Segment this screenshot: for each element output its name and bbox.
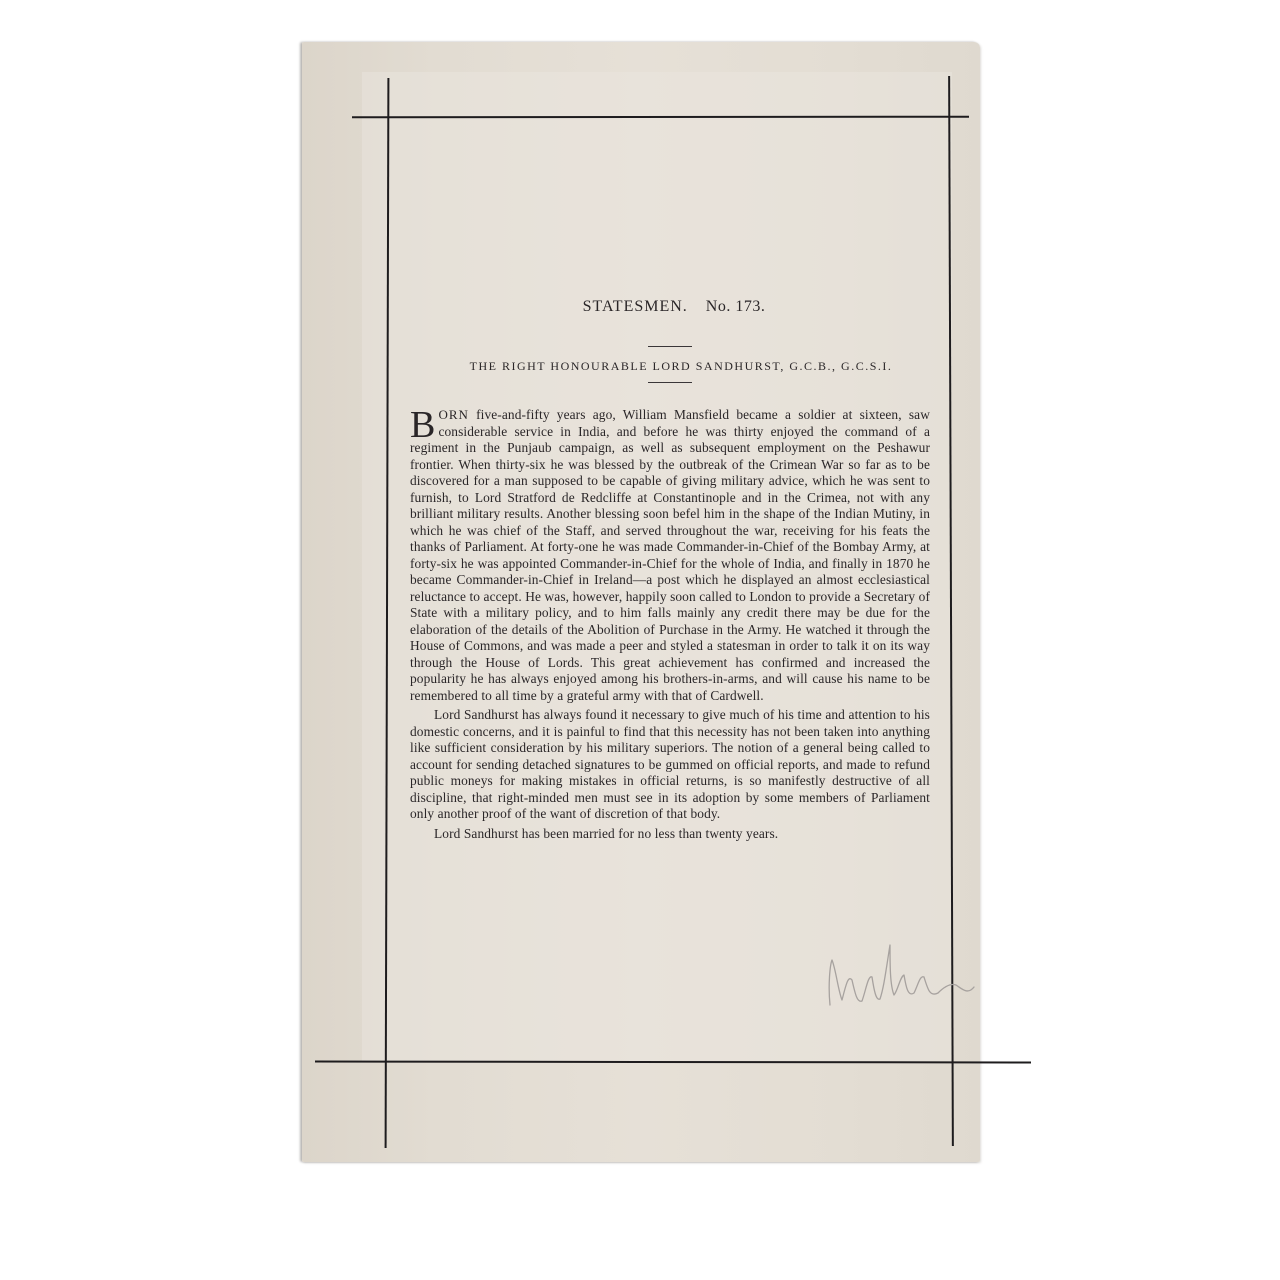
subject-heading: THE RIGHT HONOURABLE LORD SANDHURST, G.C… — [410, 359, 930, 374]
paragraph-3: Lord Sandhurst has been married for no l… — [410, 826, 930, 843]
paragraph-2: Lord Sandhurst has always found it neces… — [410, 707, 930, 823]
dropcap: B — [410, 410, 436, 440]
pencil-signature-icon — [810, 935, 990, 1015]
paragraph-1: BORN five-and-fifty years ago, William M… — [410, 407, 930, 704]
page-title: STATESMEN.No. 173. — [410, 296, 930, 316]
paragraph-1-text: five-and-fifty years ago, William Mansfi… — [410, 407, 930, 703]
series-number: No. 173. — [706, 298, 766, 315]
title-divider-top — [648, 346, 692, 347]
opening-smallcaps: ORN — [438, 407, 468, 422]
document-content: STATESMEN.No. 173. THE RIGHT HONOURABLE … — [410, 296, 930, 842]
article-body: BORN five-and-fifty years ago, William M… — [410, 407, 930, 842]
series-title: STATESMEN. — [583, 298, 688, 315]
title-divider-bottom — [648, 382, 692, 383]
